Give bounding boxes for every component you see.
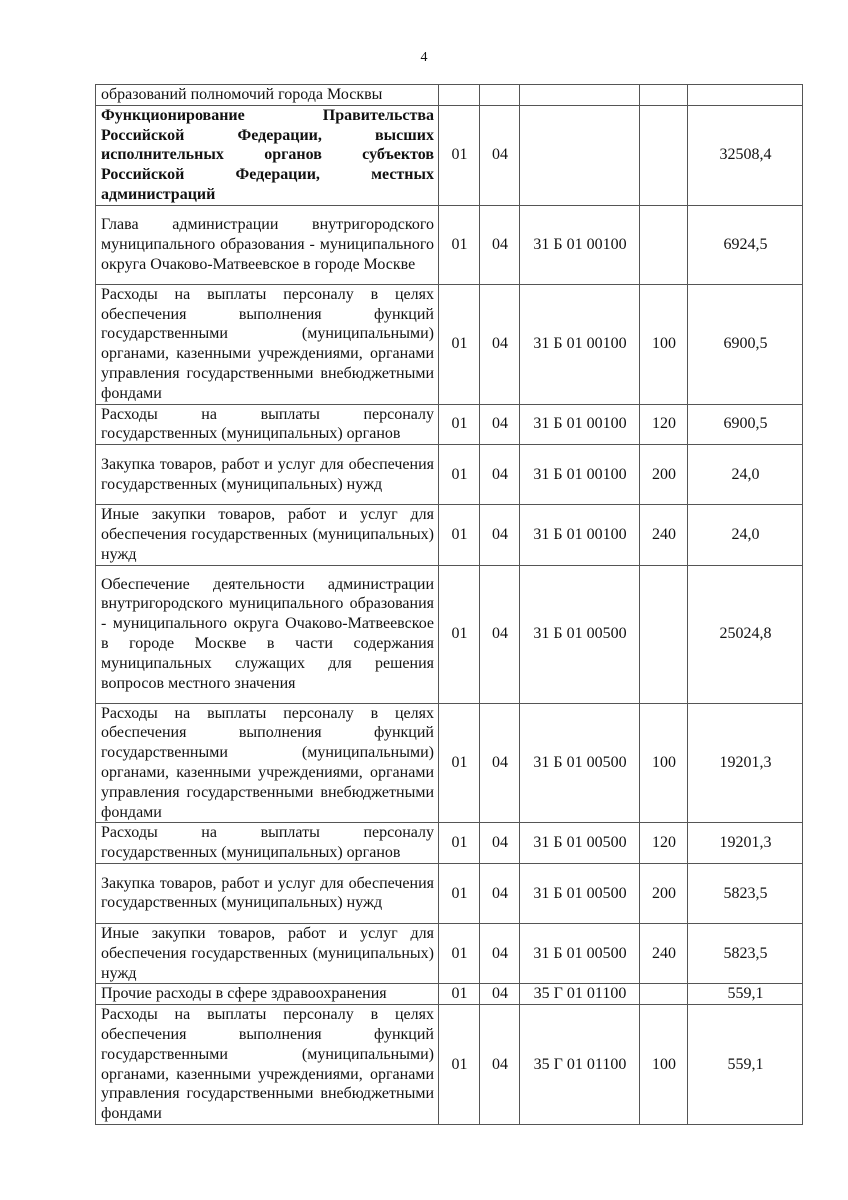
subsection-code-cell: 04	[480, 105, 520, 205]
table-row: Иные закупки товаров, работ и услуг для …	[96, 923, 803, 983]
section-code-cell	[439, 85, 480, 106]
section-code-cell: 01	[439, 105, 480, 205]
section-code-cell: 01	[439, 404, 480, 445]
table-row: Расходы на выплаты персоналу в целях обе…	[96, 1005, 803, 1125]
subsection-code-cell: 04	[480, 565, 520, 703]
subsection-code-cell: 04	[480, 404, 520, 445]
description-cell: Функционирование Правительства Российско…	[96, 105, 439, 205]
budget-table: образований полномочий города МосквыФунк…	[95, 84, 803, 1125]
subsection-code-cell: 04	[480, 823, 520, 864]
target-article-cell: 31 Б 01 00500	[520, 703, 640, 823]
description-cell: Закупка товаров, работ и услуг для обесп…	[96, 863, 439, 923]
amount-cell: 6924,5	[688, 205, 803, 284]
section-code-cell: 01	[439, 445, 480, 505]
target-article-cell	[520, 85, 640, 106]
description-cell: образований полномочий города Москвы	[96, 85, 439, 106]
section-code-cell: 01	[439, 863, 480, 923]
expense-type-cell	[640, 565, 688, 703]
target-article-cell: 31 Б 01 00500	[520, 923, 640, 983]
subsection-code-cell: 04	[480, 505, 520, 565]
table-row: Обеспечение деятельности администрации в…	[96, 565, 803, 703]
expense-type-cell	[640, 205, 688, 284]
target-article-cell: 31 Б 01 00100	[520, 404, 640, 445]
subsection-code-cell: 04	[480, 703, 520, 823]
description-cell: Расходы на выплаты персоналу в целях обе…	[96, 284, 439, 404]
table-row: Расходы на выплаты персоналу в целях обе…	[96, 703, 803, 823]
target-article-cell: 31 Б 01 00500	[520, 863, 640, 923]
section-code-cell: 01	[439, 984, 480, 1005]
section-code-cell: 01	[439, 565, 480, 703]
target-article-cell: 35 Г 01 01100	[520, 984, 640, 1005]
target-article-cell: 31 Б 01 00100	[520, 445, 640, 505]
amount-cell: 32508,4	[688, 105, 803, 205]
subsection-code-cell	[480, 85, 520, 106]
subsection-code-cell: 04	[480, 923, 520, 983]
expense-type-cell: 200	[640, 445, 688, 505]
subsection-code-cell: 04	[480, 284, 520, 404]
table-row: Расходы на выплаты персоналу государстве…	[96, 404, 803, 445]
amount-cell: 25024,8	[688, 565, 803, 703]
subsection-code-cell: 04	[480, 1005, 520, 1125]
budget-table-body: образований полномочий города МосквыФунк…	[96, 85, 803, 1125]
expense-type-cell: 120	[640, 823, 688, 864]
table-row: Закупка товаров, работ и услуг для обесп…	[96, 863, 803, 923]
description-cell: Расходы на выплаты персоналу государстве…	[96, 404, 439, 445]
expense-type-cell	[640, 105, 688, 205]
section-code-cell: 01	[439, 205, 480, 284]
table-row: Расходы на выплаты персоналу государстве…	[96, 823, 803, 864]
page-number: 4	[0, 50, 848, 66]
description-cell: Обеспечение деятельности администрации в…	[96, 565, 439, 703]
expense-type-cell: 240	[640, 505, 688, 565]
target-article-cell: 35 Г 01 01100	[520, 1005, 640, 1125]
amount-cell: 19201,3	[688, 703, 803, 823]
amount-cell: 559,1	[688, 1005, 803, 1125]
expense-type-cell: 100	[640, 284, 688, 404]
amount-cell: 19201,3	[688, 823, 803, 864]
target-article-cell: 31 Б 01 00100	[520, 205, 640, 284]
section-code-cell: 01	[439, 284, 480, 404]
amount-cell: 5823,5	[688, 923, 803, 983]
expense-type-cell	[640, 984, 688, 1005]
section-code-cell: 01	[439, 923, 480, 983]
expense-type-cell: 100	[640, 1005, 688, 1125]
amount-cell: 24,0	[688, 445, 803, 505]
target-article-cell	[520, 105, 640, 205]
section-code-cell: 01	[439, 823, 480, 864]
target-article-cell: 31 Б 01 00100	[520, 284, 640, 404]
description-cell: Иные закупки товаров, работ и услуг для …	[96, 505, 439, 565]
description-cell: Расходы на выплаты персоналу в целях обе…	[96, 703, 439, 823]
table-row: Иные закупки товаров, работ и услуг для …	[96, 505, 803, 565]
amount-cell	[688, 85, 803, 106]
amount-cell: 6900,5	[688, 404, 803, 445]
expense-type-cell: 100	[640, 703, 688, 823]
description-cell: Закупка товаров, работ и услуг для обесп…	[96, 445, 439, 505]
subsection-code-cell: 04	[480, 984, 520, 1005]
amount-cell: 6900,5	[688, 284, 803, 404]
section-code-cell: 01	[439, 1005, 480, 1125]
amount-cell: 24,0	[688, 505, 803, 565]
table-row: образований полномочий города Москвы	[96, 85, 803, 106]
section-code-cell: 01	[439, 505, 480, 565]
expense-type-cell	[640, 85, 688, 106]
expense-type-cell: 200	[640, 863, 688, 923]
target-article-cell: 31 Б 01 00500	[520, 823, 640, 864]
table-row: Расходы на выплаты персоналу в целях обе…	[96, 284, 803, 404]
table-row: Прочие расходы в сфере здравоохранения01…	[96, 984, 803, 1005]
amount-cell: 5823,5	[688, 863, 803, 923]
subsection-code-cell: 04	[480, 863, 520, 923]
subsection-code-cell: 04	[480, 445, 520, 505]
description-cell: Расходы на выплаты персоналу государстве…	[96, 823, 439, 864]
description-cell: Иные закупки товаров, работ и услуг для …	[96, 923, 439, 983]
expense-type-cell: 120	[640, 404, 688, 445]
table-row: Закупка товаров, работ и услуг для обесп…	[96, 445, 803, 505]
description-cell: Прочие расходы в сфере здравоохранения	[96, 984, 439, 1005]
section-code-cell: 01	[439, 703, 480, 823]
target-article-cell: 31 Б 01 00500	[520, 565, 640, 703]
table-row: Функционирование Правительства Российско…	[96, 105, 803, 205]
target-article-cell: 31 Б 01 00100	[520, 505, 640, 565]
expense-type-cell: 240	[640, 923, 688, 983]
amount-cell: 559,1	[688, 984, 803, 1005]
description-cell: Глава администрации внутригородского мун…	[96, 205, 439, 284]
table-row: Глава администрации внутригородского мун…	[96, 205, 803, 284]
description-cell: Расходы на выплаты персоналу в целях обе…	[96, 1005, 439, 1125]
subsection-code-cell: 04	[480, 205, 520, 284]
